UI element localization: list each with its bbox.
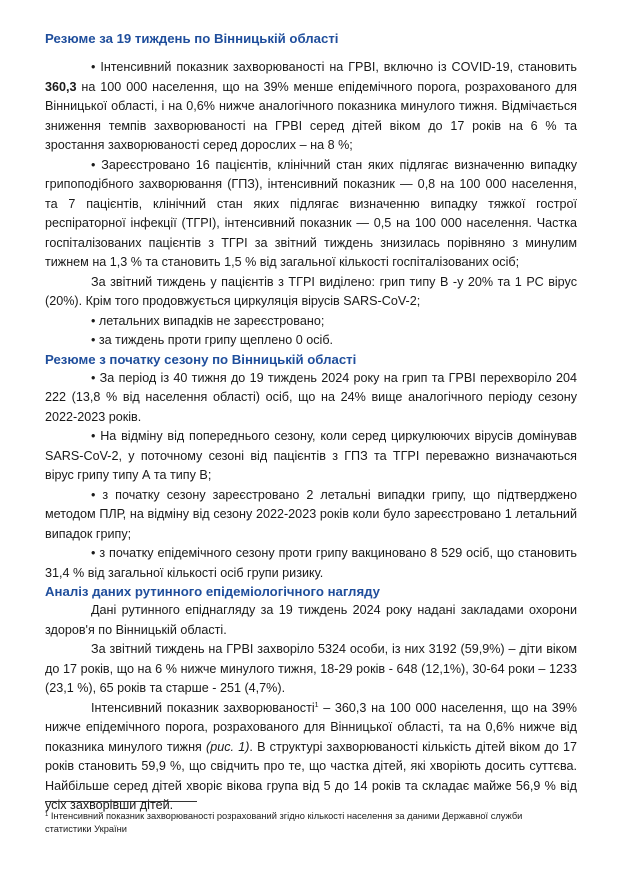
section-title-season-summary: Резюме з початку сезону по Вінницькій об… <box>45 351 577 369</box>
footnote-text: Інтенсивний показник захворюваності розр… <box>45 811 522 834</box>
paragraph-season-cases: • За період із 40 тижня до 19 тиждень 20… <box>45 369 577 428</box>
footnote: 1 Інтенсивний показник захворюваності ро… <box>45 810 545 836</box>
section-title-routine-surveillance: Аналіз даних рутинного епідеміологічного… <box>45 583 577 601</box>
figure-reference: (рис. 1) <box>206 740 249 754</box>
paragraph-data-source: Дані рутинного епіднагляду за 19 тиждень… <box>45 601 577 640</box>
document-page: Резюме за 19 тиждень по Вінницькій облас… <box>45 30 577 816</box>
footnote-divider <box>45 801 197 802</box>
paragraph-season-vaccination: • з початку епідемічного сезону проти гр… <box>45 544 577 583</box>
paragraph-intensity-index: • Інтенсивний показник захворюваності на… <box>45 58 577 156</box>
paragraph-age-breakdown: За звітний тиждень на ГРВІ захворіло 532… <box>45 640 577 699</box>
paragraph-viruses: За звітний тиждень у пацієнтів з ТГРІ ви… <box>45 273 577 312</box>
paragraph-season-lethal: • з початку сезону зареєстровано 2 летал… <box>45 486 577 545</box>
intensity-value: 360,3 <box>45 80 77 94</box>
paragraph-vaccinated-week: • за тиждень проти грипу щеплено 0 осіб. <box>45 331 577 351</box>
paragraph-lethal: • летальних випадків не зареєстровано; <box>45 312 577 332</box>
paragraph-intensity-structure: Інтенсивний показник захворюваності1 – 3… <box>45 699 577 816</box>
paragraph-season-viruses: • На відміну від попереднього сезону, ко… <box>45 427 577 486</box>
section-title-week-summary: Резюме за 19 тиждень по Вінницькій облас… <box>45 30 577 48</box>
paragraph-gpz-tgri: • Зареєстровано 16 пацієнтів, клінічний … <box>45 156 577 273</box>
